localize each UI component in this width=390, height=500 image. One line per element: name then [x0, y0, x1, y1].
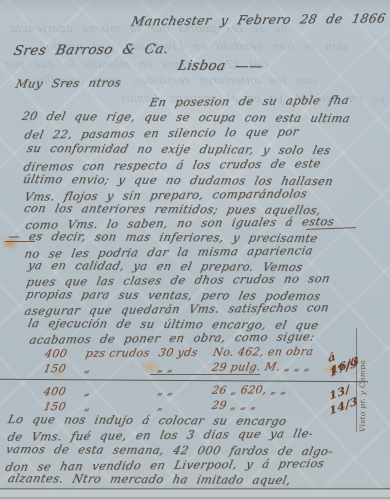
row-underline	[150, 374, 260, 375]
order-unit: „	[83, 399, 158, 413]
closing-line: Lo que nos indujo á colocar su encargo	[7, 412, 288, 428]
order-length: „	[156, 399, 213, 412]
letter-sheet: del 22, pasamos en silencio lo que por c…	[0, 0, 390, 500]
order-ref: 26 „ 620, „ „	[211, 383, 331, 397]
order-qty: 150	[0, 362, 86, 376]
salutation: Muy Sres ntros	[14, 75, 122, 90]
body-line: diremos con respecto á los crudos de est…	[22, 156, 322, 174]
order-row: 150 „ „ 29 „ „ „ 14/3	[0, 397, 370, 413]
place-line: Lisboa ——	[176, 58, 264, 75]
margin-note: Visto pr. y Compa	[356, 328, 367, 432]
body-line: asegurar que quedarán Vms. satisfechos c…	[23, 300, 330, 318]
order-length: „ „	[156, 361, 213, 374]
body-line: del 22, pasamos en silencio lo que por	[23, 124, 300, 141]
body-line: su conformidad no exije duplicar, y solo…	[26, 141, 332, 157]
emphasis-underline	[5, 241, 35, 242]
order-ref: No. 462, en obra	[212, 345, 332, 359]
dateline: Manchester y Febrero 28 de 1866	[130, 10, 387, 28]
body-line: acabamos de poner en obra, como sigue:	[28, 329, 316, 346]
order-qty: 400	[0, 385, 86, 399]
order-row: 400 „ „ „ 26 „ 620, „ „ 13/	[0, 382, 370, 398]
closing-line: alzantes. Ntro mercado ha imitado aquel,	[7, 471, 293, 487]
order-ref: 29 pulg. M. „ „ „	[211, 360, 331, 374]
order-ref: 29 „ „ „	[211, 398, 331, 412]
body-line: pues que las clases de dhos crudos no so…	[25, 271, 331, 289]
letter-scan: del 22, pasamos en silencio lo que por c…	[0, 0, 390, 500]
order-unit: „	[83, 384, 158, 398]
body-line: En posesion de su apble fha	[148, 93, 350, 109]
order-length: 30 yds	[158, 346, 215, 359]
addressee-line: Sres Barroso & Ca.	[12, 41, 170, 59]
body-line: — es decir, son mas inferiores, y precis…	[7, 229, 320, 245]
order-qty: 400	[0, 347, 87, 361]
order-length: „ „	[156, 384, 213, 397]
order-unit: pzs crudos	[85, 346, 160, 360]
body-line: 20 del que rige, que se ocupa con esta u…	[21, 109, 352, 125]
fold-line	[0, 379, 368, 383]
order-unit: „	[83, 361, 158, 375]
